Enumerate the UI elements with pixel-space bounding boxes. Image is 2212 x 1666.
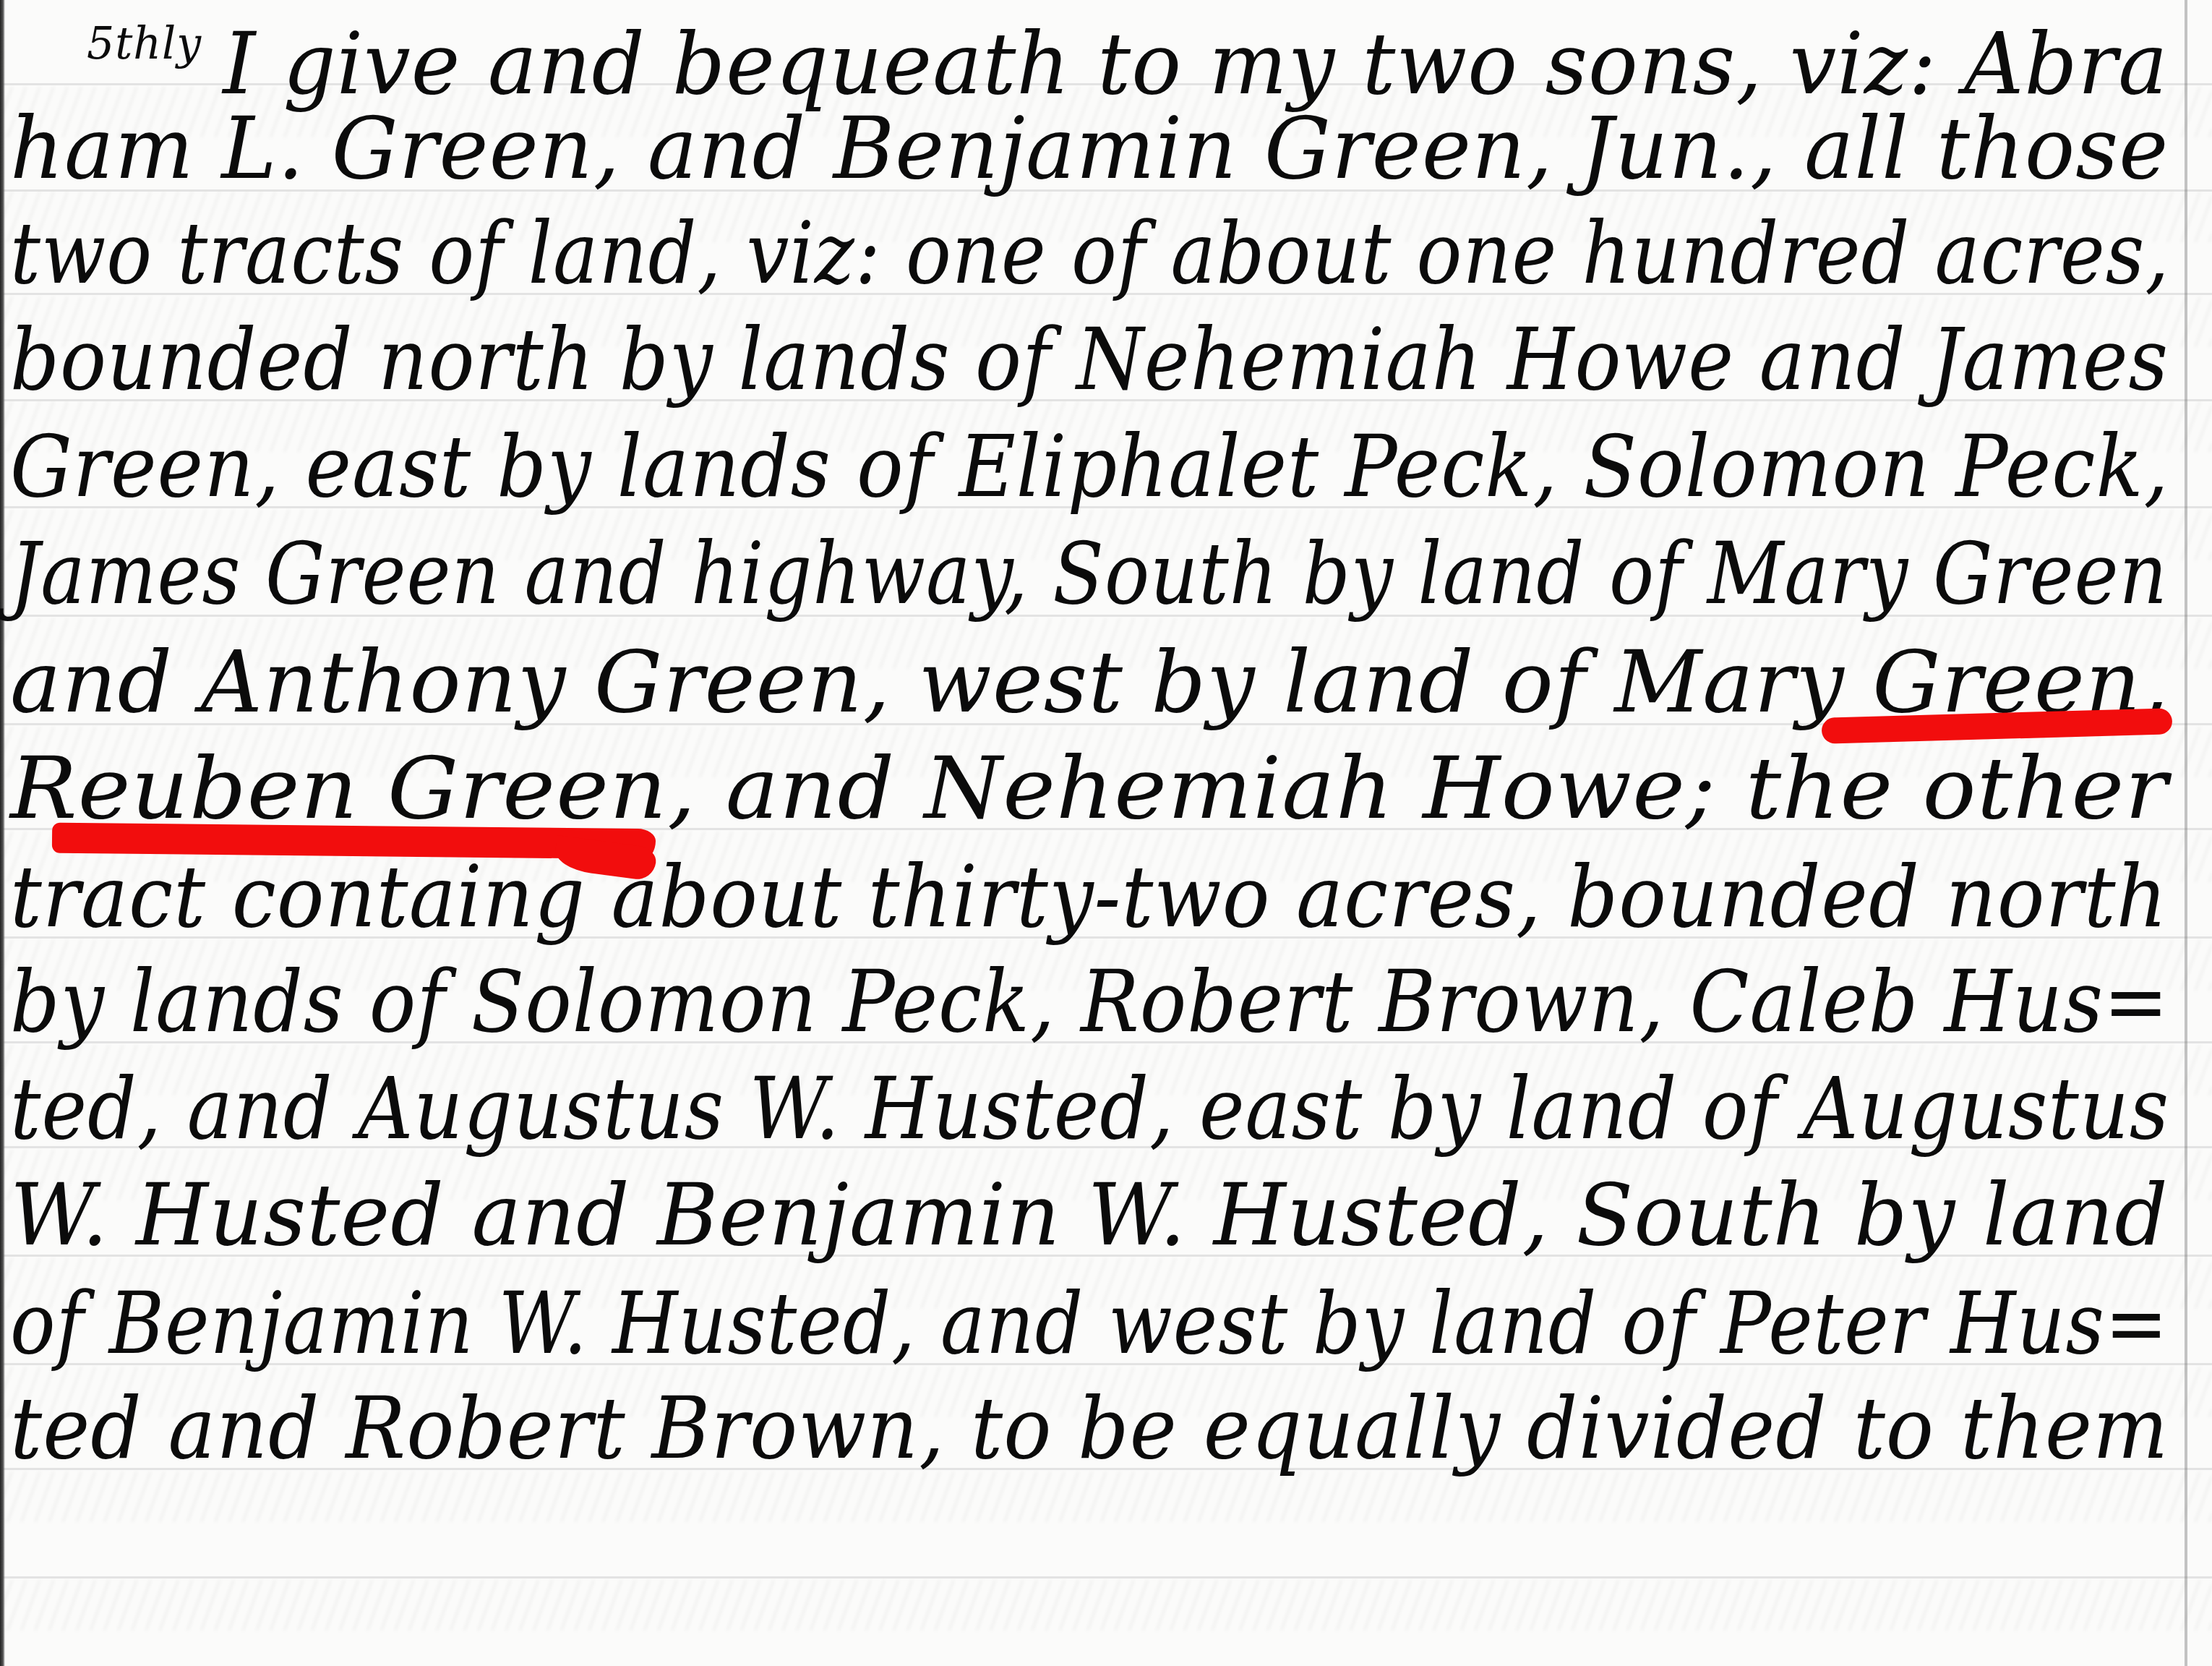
line-text: two tracts of land, viz: one of about on… [10, 206, 2169, 300]
line-text: James Green and highway, South by land o… [10, 526, 2168, 620]
text-line-1: 5thlyI give and bequeath to my two sons,… [87, 0, 2168, 111]
item-number: 5thly [87, 0, 202, 90]
line-text: of Benjamin W. Husted, and west by land … [10, 1276, 2169, 1370]
line-text: and Anthony Green, west by land of Mary … [10, 635, 2169, 729]
text-line-8: Reuben Green, and Nehemiah Howe; the oth… [10, 741, 2168, 835]
page-left-edge [0, 0, 5, 1666]
text-line-14: ted and Robert Brown, to be equally divi… [10, 1381, 2169, 1475]
line-text: ted, and Augustus W. Husted, east by lan… [10, 1061, 2169, 1155]
line-text: Green, east by lands of Eliphalet Peck, … [10, 419, 2169, 513]
line-text: W. Husted and Benjamin W. Husted, South … [10, 1168, 2169, 1262]
bleed-through-band [0, 1471, 2212, 1522]
text-line-3: two tracts of land, viz: one of about on… [10, 206, 2169, 300]
text-line-11: ted, and Augustus W. Husted, east by lan… [10, 1061, 2169, 1155]
line-text: I give and bequeath to my two sons, viz:… [223, 17, 2168, 111]
text-line-5: Green, east by lands of Eliphalet Peck, … [10, 419, 2169, 513]
document-page: 5thlyI give and bequeath to my two sons,… [0, 0, 2212, 1666]
text-line-13: of Benjamin W. Husted, and west by land … [10, 1276, 2169, 1370]
line-text: Reuben Green, and Nehemiah Howe; the oth… [10, 741, 2168, 835]
text-line-7: and Anthony Green, west by land of Mary … [10, 635, 2169, 729]
line-text: by lands of Solomon Peck, Robert Brown, … [10, 954, 2169, 1048]
text-line-2: ham L. Green, and Benjamin Green, Jun., … [10, 101, 2169, 195]
text-line-12: W. Husted and Benjamin W. Husted, South … [10, 1168, 2169, 1262]
text-line-4: bounded north by lands of Nehemiah Howe … [10, 312, 2169, 406]
right-margin-line [2185, 0, 2187, 1666]
line-text: ham L. Green, and Benjamin Green, Jun., … [10, 101, 2169, 195]
line-text: ted and Robert Brown, to be equally divi… [10, 1381, 2169, 1475]
line-text: bounded north by lands of Nehemiah Howe … [10, 312, 2169, 406]
ruled-line [0, 1576, 2212, 1579]
bleed-through-band [0, 1580, 2212, 1631]
text-line-9: tract containg about thirty-two acres, b… [10, 850, 2168, 944]
line-text: tract containg about thirty-two acres, b… [10, 850, 2168, 944]
red-underline-anthony-green [52, 823, 656, 860]
text-line-6: James Green and highway, South by land o… [10, 526, 2168, 620]
text-line-10: by lands of Solomon Peck, Robert Brown, … [10, 954, 2169, 1048]
